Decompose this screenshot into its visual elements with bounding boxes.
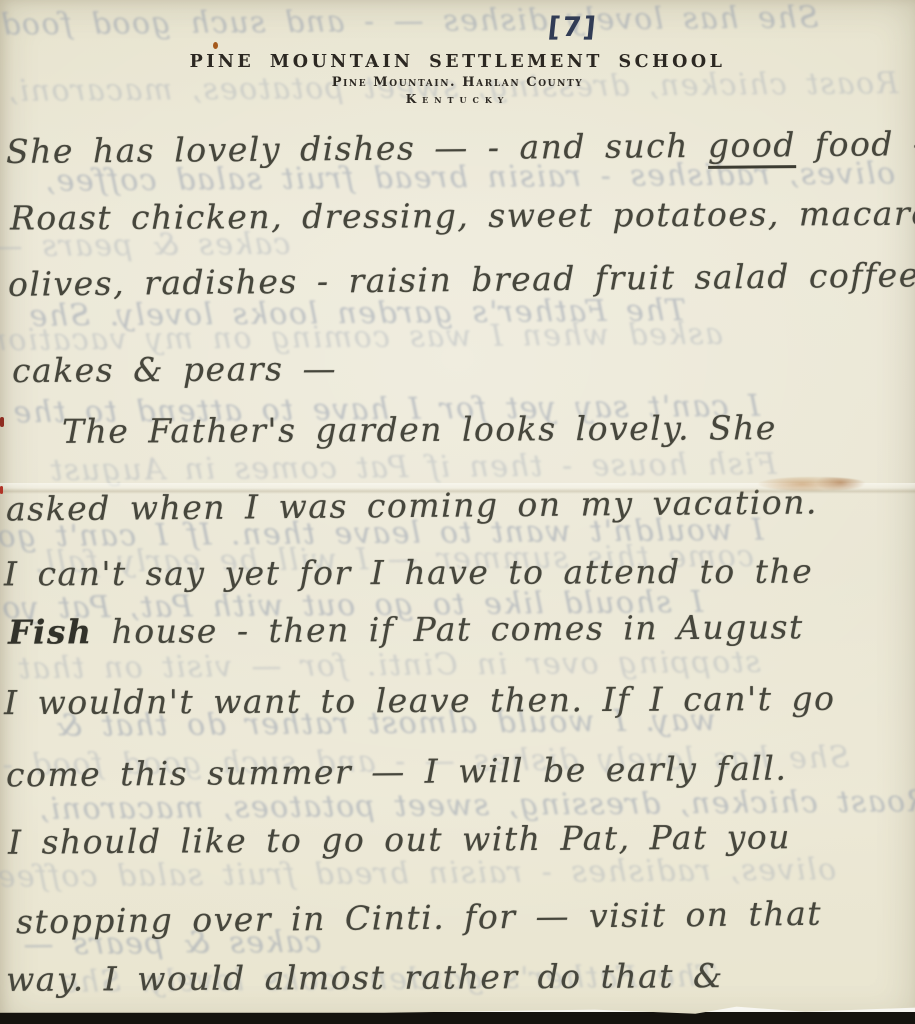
- handwritten-line: stopping over in Cinti. for — visit on t…: [16, 894, 822, 941]
- bleedthrough-line: Fish house - then if Pat comes in August: [49, 447, 777, 488]
- handwritten-line: asked when I was coming on my vacation.: [6, 482, 818, 528]
- letterhead: PINE MOUNTAIN SETTLEMENT SCHOOL Pine Mou…: [0, 52, 915, 106]
- letterhead-state: Kentucky: [0, 92, 915, 106]
- handwritten-text: good: [708, 125, 796, 169]
- handwritten-text: asked when I was coming on my vacation.: [6, 482, 818, 528]
- handwritten-text: Roast chicken, dressing, sweet potatoes,…: [10, 193, 915, 237]
- handwritten-text: house - then if Pat comes in August: [92, 607, 803, 651]
- handwritten-text: stopping over in Cinti. for — visit on t…: [16, 894, 822, 941]
- handwritten-text: She has lovely dishes — - and such: [6, 126, 708, 171]
- handwritten-line: Fish house - then if Pat comes in August: [8, 607, 804, 652]
- handwritten-line: I should like to go out with Pat, Pat yo…: [8, 817, 791, 861]
- letter-paper: She has lovely dishes — - and such good …: [0, 0, 915, 1024]
- handwritten-line: The Father's garden looks lovely. She: [62, 408, 777, 451]
- handwritten-text: I wouldn't want to leave then. If I can'…: [4, 679, 836, 722]
- letterhead-location: Pine Mountain. Harlan County: [0, 75, 915, 90]
- handwritten-text: olives, radishes - raisin bread fruit sa…: [8, 255, 915, 304]
- handwritten-line: come this summer — I will be early fall.: [6, 749, 788, 795]
- handwritten-line: I wouldn't want to leave then. If I can'…: [4, 679, 836, 722]
- handwritten-text: come this summer — I will be early fall.: [6, 749, 788, 795]
- handwritten-text: cakes & pears —: [12, 349, 337, 390]
- edge-speck: [0, 486, 3, 494]
- handwritten-text: food -: [796, 124, 915, 164]
- handwritten-line: way. I would almost rather do that &: [6, 956, 724, 999]
- handwritten-line: cakes & pears —: [12, 349, 337, 390]
- handwritten-line: I can't say yet for I have to attend to …: [4, 552, 813, 594]
- edge-speck: [0, 417, 4, 427]
- handwritten-line: She has lovely dishes — - and such good …: [6, 124, 915, 171]
- handwritten-text: way. I would almost rather do that &: [6, 956, 724, 999]
- page-number: [7]: [546, 12, 619, 43]
- handwritten-text: I can't say yet for I have to attend to …: [4, 552, 813, 594]
- paper-fleck: [213, 42, 218, 49]
- handwritten-text: I should like to go out with Pat, Pat yo…: [8, 817, 791, 861]
- handwritten-text: Fish: [8, 612, 93, 652]
- rust-stain: [758, 477, 868, 491]
- handwritten-line: olives, radishes - raisin bread fruit sa…: [8, 255, 915, 304]
- letterhead-school-name: PINE MOUNTAIN SETTLEMENT SCHOOL: [0, 52, 915, 72]
- handwritten-line: Roast chicken, dressing, sweet potatoes,…: [10, 193, 915, 237]
- handwritten-text: The Father's garden looks lovely. She: [62, 408, 777, 451]
- bleedthrough-line: She has lovely dishes — - and such good …: [0, 0, 819, 42]
- scanned-letter: She has lovely dishes — - and such good …: [0, 0, 915, 1024]
